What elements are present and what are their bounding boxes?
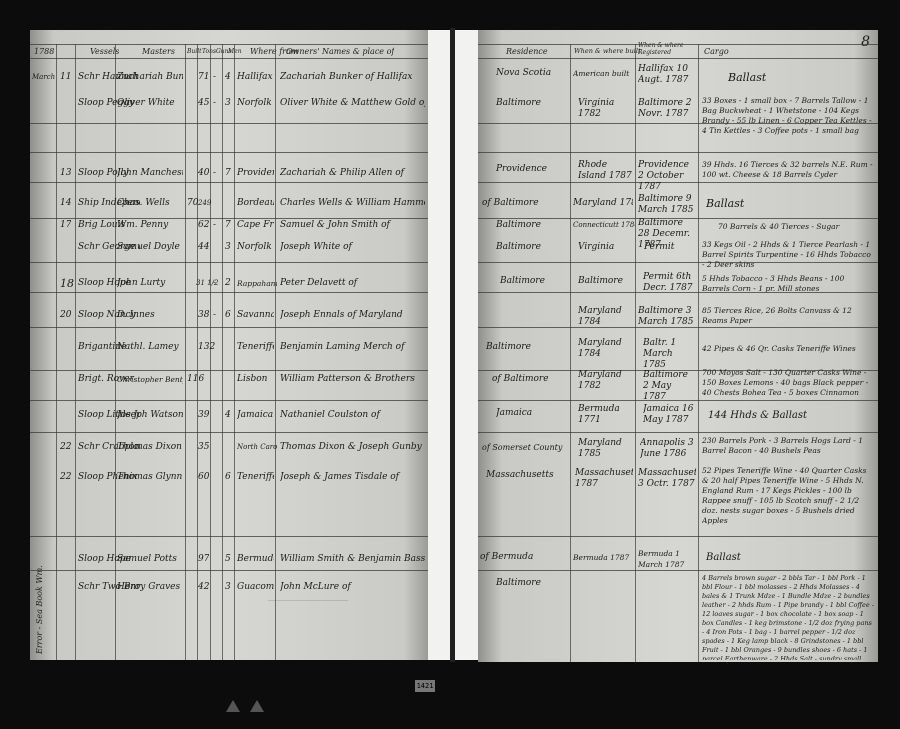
row-divider: [478, 432, 878, 433]
entry-registered: Providence 2 October 1787: [638, 160, 696, 193]
entry-registered: Baltr. 1 March 1785: [643, 338, 695, 371]
entry-tons: 44: [198, 242, 209, 253]
row-divider: [30, 536, 428, 537]
row-divider: [30, 370, 428, 371]
entry-where-from: Lisbon: [237, 374, 274, 385]
where-built-header: When & where built: [574, 46, 641, 57]
entry-men: 7: [225, 220, 231, 231]
entry-residence: of Baltimore: [492, 374, 568, 385]
entry-master: D. Innes: [117, 310, 183, 321]
entry-cargo: Ballast: [706, 552, 741, 563]
entry-cargo: 39 Hhds. 16 Tierces & 32 barrels N.E. Ru…: [702, 160, 874, 182]
entry-guns: -: [213, 168, 216, 179]
entry-master: Zachariah Bunker: [117, 72, 183, 83]
row-divider: [478, 570, 878, 571]
pen-scribble-marks: [222, 600, 349, 656]
entry-residence: Massachusetts: [486, 470, 568, 481]
entry-where-from: Bordeaux: [237, 198, 274, 209]
entry-day: 14: [60, 198, 71, 209]
entry-where-built: Rhode Island 1787: [578, 160, 633, 182]
row-divider: [30, 123, 428, 124]
entry-registered: Hallifax 10 Augt. 1787: [638, 64, 696, 86]
entry-cargo: 33 Boxes - 1 small box - 7 Barrels Tallo…: [702, 96, 874, 152]
entry-where-built: Bermuda 1787: [573, 552, 633, 563]
entry-cargo: Ballast: [728, 72, 766, 83]
entry-men: 6: [225, 310, 231, 321]
entry-cargo: 230 Barrels Pork - 3 Barrels Hogs Lard -…: [702, 436, 874, 458]
entry-residence: Baltimore: [496, 242, 568, 253]
entry-day: 18: [60, 278, 74, 289]
entry-master: Thomas Dixon: [117, 442, 183, 453]
entry-owners: Joseph Ennals of Maryland: [280, 310, 425, 321]
entry-day: 13: [60, 168, 71, 179]
entry-where-from: North Carolina: [237, 442, 277, 453]
entry-residence: of Baltimore: [482, 198, 568, 209]
row-divider: [30, 44, 428, 45]
entry-day: 11: [60, 72, 71, 83]
entry-owners: William Smith & Benjamin Bass: [280, 554, 425, 565]
entry-registered: Permit: [644, 242, 694, 253]
entry-where-from: Teneriffe: [237, 342, 274, 353]
entry-tons: 62: [198, 220, 209, 231]
entry-owners: William Patterson & Brothers: [280, 374, 425, 385]
entry-where-built: Maryland 1784: [578, 338, 633, 360]
entry-where-built: Maryland 1784: [578, 306, 633, 328]
entry-where-built: Maryland 1782: [578, 370, 633, 392]
entry-tons: 132: [198, 342, 215, 353]
column-divider: [275, 44, 276, 660]
entry-owners: Thomas Dixon & Joseph Gunby: [280, 442, 425, 453]
entry-master: John Lurty: [117, 278, 183, 289]
entry-cargo: 70 Barrels & 40 Tierces - Sugar: [718, 222, 868, 232]
entry-men: 6: [225, 472, 231, 483]
column-divider: [234, 44, 235, 660]
row-divider: [30, 400, 428, 401]
entry-guns: -: [213, 278, 216, 289]
column-divider: [75, 44, 76, 660]
entry-tons: 39: [198, 410, 209, 421]
entry-cargo: 52 Pipes Teneriffe Wine - 40 Quarter Cas…: [702, 466, 874, 534]
entry-owners: Zachariah & Philip Allen of: [280, 168, 425, 179]
entry-where-from: Norfolk: [237, 98, 274, 109]
row-divider: [30, 432, 428, 433]
entry-owners: Zachariah Bunker of Hallifax: [280, 72, 425, 83]
entry-day: 22: [60, 442, 71, 453]
entry-tons: 35: [198, 442, 209, 453]
entry-cargo: 4 Barrels brown sugar - 2 bbls Tar - 1 b…: [702, 574, 874, 660]
entry-men: 3: [225, 582, 231, 593]
film-marker-icon: [250, 700, 264, 712]
entry-owners: Peter Delavett of: [280, 278, 425, 289]
entry-tons: 249: [198, 198, 211, 209]
entry-residence: Baltimore: [496, 220, 568, 231]
entry-guns: -: [213, 72, 216, 83]
entry-where-built: Maryland 1784: [573, 198, 633, 209]
entry-men: 4: [225, 72, 231, 83]
column-divider: [185, 44, 186, 660]
entry-registered: Annapolis 3 June 1786: [640, 438, 696, 460]
entry-where-built: Connecticutt 1786: [573, 220, 635, 231]
residence-header: Residence: [506, 46, 548, 57]
entry-residence: Baltimore: [496, 578, 568, 589]
built-header: Built: [187, 46, 202, 57]
margin-note: Error - Sea Book Wm.: [35, 565, 44, 654]
entry-men: 4: [225, 410, 231, 421]
row-divider: [478, 58, 878, 59]
entry-men: 2: [225, 278, 231, 289]
year-header: 1788: [34, 46, 54, 57]
row-divider: [478, 44, 878, 45]
entry-master: Joseph Watson: [117, 410, 183, 421]
entry-men: 7: [225, 168, 231, 179]
row-divider: [30, 292, 428, 293]
entry-master: Henry Graves: [117, 582, 183, 593]
row-divider: [478, 536, 878, 537]
entry-men: 5: [225, 554, 231, 565]
film-marker-icon: [226, 700, 240, 712]
entry-tons: 97: [198, 554, 209, 565]
cargo-header: Cargo: [704, 46, 729, 57]
entry-tons: 42: [198, 582, 209, 593]
entry-residence: Jamaica: [496, 408, 568, 419]
entry-cargo: 144 Hhds & Ballast: [708, 410, 807, 421]
entry-registered: Baltimore 2 May 1787: [643, 370, 695, 403]
entry-master: Christopher Bentford: [117, 374, 183, 385]
entry-where-from: Bermuda: [237, 554, 274, 565]
entry-owners: Oliver White & Matthew Gold of: [280, 98, 425, 109]
entry-where-built: Virginia: [578, 242, 633, 253]
row-divider: [30, 152, 428, 153]
entry-residence: of Somerset County: [482, 442, 568, 453]
entry-tons: 116: [187, 374, 204, 385]
entry-residence: Providence: [496, 164, 568, 175]
entry-registered: Jamaica 16 May 1787: [643, 404, 695, 426]
entry-tons: 71: [198, 72, 209, 83]
entry-registered: Baltimore 2 Novr. 1787: [638, 98, 696, 120]
column-divider: [56, 44, 57, 660]
entry-where-from: Providence: [237, 168, 274, 179]
entry-owners: Nathaniel Coulston of: [280, 410, 425, 421]
entry-where-built: American built: [573, 68, 633, 79]
entry-owners: Samuel & John Smith of: [280, 220, 425, 231]
row-divider: [30, 182, 428, 183]
owners-header: Owners' Names & place of: [286, 46, 394, 57]
entry-where-from: Guacomico: [237, 582, 274, 593]
entry-where-from: Rappahannock: [237, 278, 277, 289]
entry-tons: 60: [198, 472, 209, 483]
row-divider: [30, 218, 428, 219]
entry-day: 20: [60, 310, 71, 321]
entry-master: Wm. Penny: [117, 220, 183, 231]
entry-master: John Manchester: [117, 168, 183, 179]
entry-where-from: Savannah: [237, 310, 274, 321]
entry-where-built: Massachusetts 1787: [575, 468, 633, 490]
row-divider: [30, 327, 428, 328]
entry-cargo: Ballast: [706, 198, 744, 209]
entry-master: Nathl. Lamey: [117, 342, 183, 353]
masters-header: Masters: [142, 46, 175, 57]
entry-master: Oliver White: [117, 98, 183, 109]
microfilm-frame-label: 1421: [415, 680, 435, 692]
row-divider: [30, 262, 428, 263]
entry-master: Thomas Glynn: [117, 472, 183, 483]
entry-month: March: [32, 72, 55, 83]
entry-guns: -: [213, 310, 216, 321]
entry-cargo: 700 Moyos Salt - 130 Quarter Casks Wine …: [702, 368, 874, 400]
entry-residence: Baltimore: [486, 342, 568, 353]
entry-day: 22: [60, 472, 71, 483]
entry-tons: 38: [198, 310, 209, 321]
column-divider: [222, 44, 223, 660]
entry-men: 3: [225, 242, 231, 253]
entry-day: 17: [60, 220, 71, 231]
entry-where-from: Hallifax: [237, 72, 274, 83]
entry-tons: 45: [198, 98, 209, 109]
entry-registered: Baltimore 9 March 1785: [638, 194, 696, 216]
entry-residence: Baltimore: [500, 276, 568, 287]
entry-men: 3: [225, 98, 231, 109]
entry-where-built: Maryland 1785: [578, 438, 633, 460]
entry-master: Samuel Doyle: [117, 242, 183, 253]
entry-where-from: Cape Francois: [237, 220, 274, 231]
entry-owners: John McLure of: [280, 582, 425, 593]
row-divider: [30, 570, 428, 571]
entry-cargo: 5 Hhds Tobacco - 3 Hhds Beans - 100 Barr…: [702, 274, 874, 294]
entry-owners: Joseph & James Tisdale of: [280, 472, 425, 483]
entry-residence: of Bermuda: [480, 552, 568, 563]
entry-registered: Bermuda 1 March 1787: [638, 548, 696, 570]
entry-cargo: 33 Kegs Oil - 2 Hhds & 1 Tierce Pearlash…: [702, 240, 874, 270]
entry-residence: Nova Scotia: [496, 68, 568, 79]
entry-built: 70: [187, 198, 198, 209]
row-divider: [478, 152, 878, 153]
page-gutter-right: [455, 30, 478, 660]
left-ledger-page: 1788 Vessels Masters Built Tons Guns Men…: [30, 30, 428, 660]
entry-guns: -: [213, 98, 216, 109]
entry-registered: Baltimore 3 March 1785: [638, 306, 696, 328]
entry-where-from: Jamaica: [237, 410, 274, 421]
entry-master: Chas. Wells: [117, 198, 183, 209]
entry-master: Samuel Potts: [117, 554, 183, 565]
entry-where-built: Virginia 1782: [578, 98, 633, 120]
entry-owners: Charles Wells & William Hammond: [280, 198, 425, 209]
entry-where-built: Baltimore: [578, 276, 633, 287]
page-number: 8: [861, 34, 870, 50]
entry-where-from: Teneriffe: [237, 472, 274, 483]
entry-tons: 40: [198, 168, 209, 179]
page-gutter-left: [428, 30, 450, 660]
entry-cargo: 85 Tierces Rice, 26 Bolts Canvass & 12 R…: [702, 306, 874, 328]
entry-guns: -: [213, 220, 216, 231]
entry-owners: Benjamin Laming Merch of: [280, 342, 425, 353]
entry-residence: Baltimore: [496, 98, 568, 109]
row-divider: [30, 58, 428, 59]
entry-where-built: Bermuda 1771: [578, 404, 633, 426]
entry-registered: Permit 6th Decr. 1787: [643, 272, 695, 294]
entry-registered: Massachusetts 3 Octr. 1787: [638, 468, 696, 490]
entry-cargo: 42 Pipes & 46 Qr. Casks Teneriffe Wines: [702, 344, 874, 354]
entry-owners: Joseph White of: [280, 242, 425, 253]
right-ledger-page: 8 Residence When & where built When & wh…: [478, 30, 878, 662]
entry-where-from: Norfolk: [237, 242, 274, 253]
